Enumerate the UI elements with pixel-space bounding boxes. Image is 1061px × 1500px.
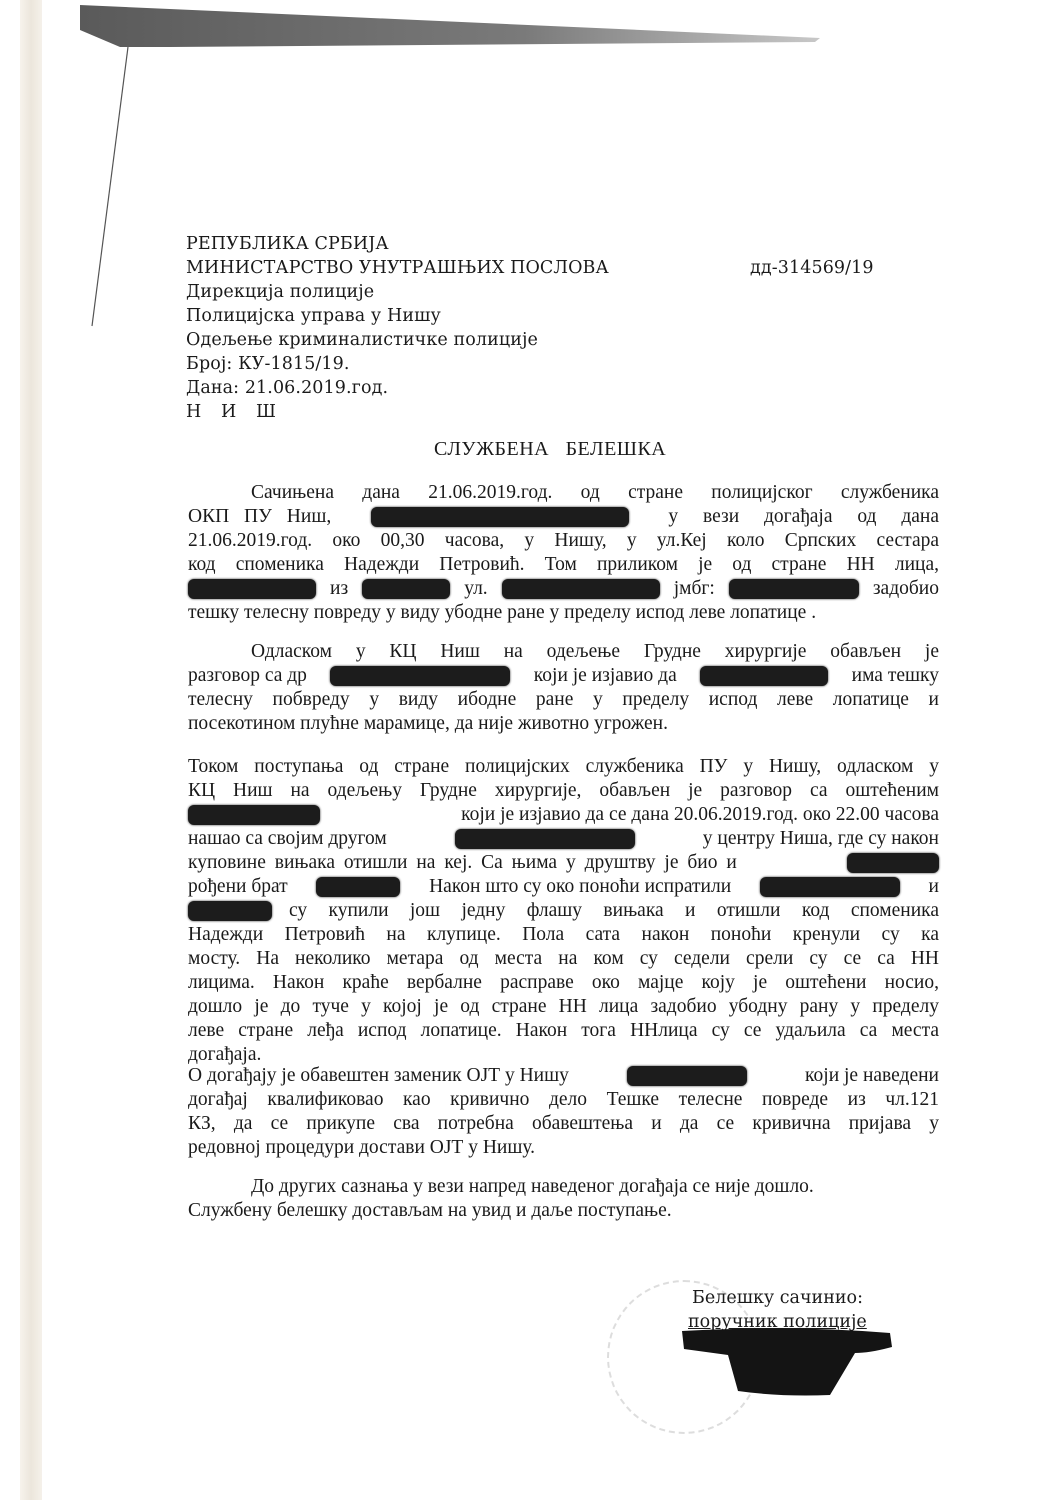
redaction: [502, 579, 660, 599]
signature-label: Белешку сачинио:: [692, 1286, 863, 1310]
p3-line: леве стране леђа испод лопатице. Након т…: [188, 1019, 939, 1043]
header-directorate: Дирекција полиције: [186, 280, 374, 304]
text: који је изјавио да се дана 20.06.2019.го…: [461, 803, 939, 827]
header-ministry: МИНИСТАРСТВО УНУТРАШЊИХ ПОСЛОВА: [186, 256, 609, 280]
text: ОКП ПУ Ниш,: [188, 505, 331, 529]
redaction: [729, 579, 859, 599]
p4-line: О догађају је обавештен заменик ОЈТ у Ни…: [188, 1064, 939, 1088]
p1-line: тешку телесну повреду у виду убодне ране…: [188, 601, 816, 625]
text: су купили још једну флашу вињака и отишл…: [289, 899, 939, 923]
text: Након што су око поноћи испратили: [429, 875, 731, 899]
text: који је наведени: [805, 1064, 939, 1088]
p2-line: посекотином плућне марамице, да није жив…: [188, 712, 668, 736]
header-republic: РЕПУБЛИКА СРБИЈА: [186, 232, 389, 256]
p3-line: куповине вињака отишли на кеј. Са њима у…: [188, 851, 939, 875]
redaction: [371, 507, 629, 527]
p1-line: ОКП ПУ Ниш, у вези догађаја од дана: [188, 505, 939, 529]
redaction: [316, 877, 400, 897]
p3-line: Надежди Петровић на клупице. Пола сата н…: [188, 923, 939, 947]
redacted-signature: [680, 1325, 900, 1405]
text: рођени брат: [188, 875, 288, 899]
p4-line: КЗ, да се прикупе сва потребна обавештењ…: [188, 1112, 939, 1136]
text: има тешку: [852, 664, 939, 688]
redaction: [188, 805, 320, 825]
p3-line: су купили још једну флашу вињака и отишл…: [188, 899, 939, 923]
p1-line: из ул. јмбг: задобио: [188, 577, 939, 601]
header-number: Број: КУ-1815/19.: [186, 352, 350, 376]
redaction: [760, 877, 900, 897]
document-title: СЛУЖБЕНА БЕЛЕШКА: [434, 437, 666, 461]
scan-edge: [20, 0, 42, 1500]
text: О догађају је обавештен заменик ОЈТ у Ни…: [188, 1064, 569, 1088]
text: у вези догађаја од дана: [668, 505, 939, 529]
redaction: [188, 579, 316, 599]
p2-line: разговор са др који је изјавио да има те…: [188, 664, 939, 688]
p2-line: телесну побвреду у виду ибодне ране у пр…: [188, 688, 939, 712]
p3-line: рођени брат Након што су око поноћи испр…: [188, 875, 939, 899]
text: и: [929, 875, 939, 899]
p2-line: Одласком у КЦ Ниш на одељење Грудне хиру…: [251, 640, 939, 664]
reference-number: дд-314569/19: [750, 256, 874, 280]
p3-line: који је изјавио да се дана 20.06.2019.го…: [188, 803, 939, 827]
header-date: Дана: 21.06.2019.год.: [186, 376, 388, 400]
p3-line: мосту. На неколико метара од места на ко…: [188, 947, 939, 971]
text: нашао са својим другом: [188, 827, 387, 851]
p1-line: код споменика Надежди Петровић. Том прил…: [188, 553, 939, 577]
text: у центру Ниша, где су након: [703, 827, 939, 851]
p1-line: Сачињена дана 21.06.2019.год. од стране …: [251, 481, 939, 505]
p1-line: 21.06.2019.год. око 00,30 часова, у Нишу…: [188, 529, 939, 553]
text: ул.: [464, 577, 488, 601]
redaction: [330, 666, 510, 686]
text: јмбг:: [674, 577, 715, 601]
text: из: [330, 577, 348, 601]
text: задобио: [873, 577, 939, 601]
text: разговор са др: [188, 664, 307, 688]
p4-line: догађај квалификовао као кривично дело Т…: [188, 1088, 939, 1112]
p3-line: КЦ Ниш на одељењу Грудне хирургије, обав…: [188, 779, 939, 803]
text: који је изјавио да: [534, 664, 677, 688]
redaction: [700, 666, 828, 686]
header-department: Одељење криминалистичке полиције: [186, 328, 538, 352]
p4-line: редовној процедури достави ОЈТ у Нишу.: [188, 1136, 535, 1160]
redaction: [455, 829, 635, 849]
redaction: [362, 579, 450, 599]
p5-line: Службену белешку достављам на увид и даљ…: [188, 1199, 672, 1223]
header-police-administration: Полицијска управа у Нишу: [186, 304, 441, 328]
redaction: [188, 901, 272, 921]
redaction: [847, 853, 939, 873]
header-city: Н И Ш: [186, 400, 276, 424]
p3-line: нашао са својим другом у центру Ниша, гд…: [188, 827, 939, 851]
p3-line: дошло је до туче у којој је од стране НН…: [188, 995, 939, 1019]
p5-line: До других сазнања у вези напред наведено…: [251, 1175, 814, 1199]
redaction: [627, 1066, 747, 1086]
p3-line: лицима. Након краће вербалне расправе ок…: [188, 971, 939, 995]
text: куповине вињака отишли на кеј. Са њима у…: [188, 851, 737, 875]
p3-line: Током поступања од стране полицијских сл…: [188, 755, 939, 779]
